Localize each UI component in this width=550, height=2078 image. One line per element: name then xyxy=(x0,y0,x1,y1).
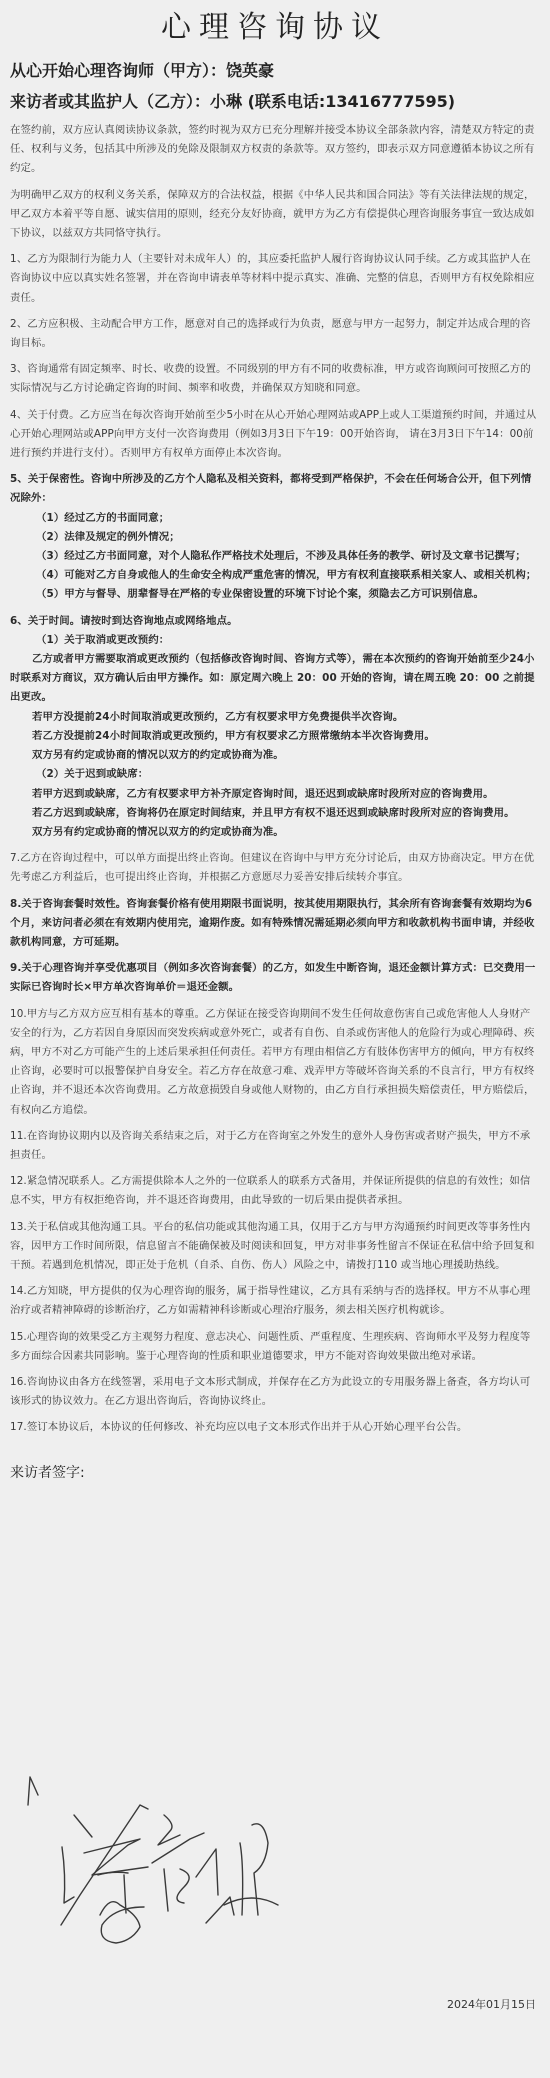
clause-5-item-5: （5）甲方与督导、朋辈督导在严格的专业保密设置的环境下讨论个案，须隐去乙方可识别… xyxy=(10,585,540,604)
clause-10: 10.甲方与乙方双方应互相有基本的尊重。乙方保证在接受咨询期间不发生任何故意伤害… xyxy=(10,1005,540,1120)
clause-6-sub2-line-2: 若乙方迟到或缺席，咨询将仍在原定时间结束，并且甲方有权不退还迟到或缺席时段所对应… xyxy=(10,804,540,823)
clause-1: 1、乙方为限制行为能力人（主要针对未成年人）的，其应委托监护人履行咨询协议认同手… xyxy=(10,250,540,308)
party-b: 来访者或其监护人（乙方）：小琳 (联系电话:13416777595) xyxy=(10,92,540,112)
signing-date: 2024年01月15日 xyxy=(447,1996,536,2012)
clause-6-sub2-line-3: 双方另有约定或协商的情况以双方的约定或协商为准。 xyxy=(10,823,540,842)
clause-6-sub1-title: （1）关于取消或更改预约： xyxy=(10,631,540,650)
clause-15: 15.心理咨询的效果受乙方主观努力程度、意志决心、问题性质、严重程度、生理疾病、… xyxy=(10,1328,540,1366)
document-title: 心理咨询协议 xyxy=(10,0,540,51)
clause-6-sub1-line-3: 若乙方没提前24小时间取消或更改预约，甲方有权要求乙方照常缴纳本半次咨询费用。 xyxy=(10,727,540,746)
clause-4: 4、关于付费。乙方应当在每次咨询开始前至少5小时在从心开始心理网站或APP上或人… xyxy=(10,406,540,464)
clause-5-heading: 5、关于保密性。咨询中所涉及的乙方个人隐私及相关资料，都将受到严格保护，不会在任… xyxy=(10,470,540,508)
clause-6-sub1-line-1: 乙方或者甲方需要取消或更改预约（包括修改咨询时间、咨询方式等），需在本次预约的咨… xyxy=(10,650,540,708)
clause-6-heading: 6、关于时间。请按时到达咨询地点或网络地点。 xyxy=(10,612,540,631)
clause-5-item-1: （1）经过乙方的书面同意； xyxy=(10,509,540,528)
clause-14: 14.乙方知晓，甲方提供的仅为心理咨询的服务，属于指导性建议，乙方具有采纳与否的… xyxy=(10,1282,540,1320)
clause-13: 13.关于私信或其他沟通工具。平台的私信功能或其他沟通工具，仅用于乙方与甲方沟通… xyxy=(10,1218,540,1276)
agreement-document: 心理咨询协议 从心开始心理咨询师（甲方）：饶英豪 来访者或其监护人（乙方）：小琳… xyxy=(0,0,550,1483)
party-a: 从心开始心理咨询师（甲方）：饶英豪 xyxy=(10,61,540,81)
clause-9: 9.关于心理咨询并享受优惠项目（例如多次咨询套餐）的乙方，如发生中断咨询，退还金… xyxy=(10,959,540,997)
clause-6-sub1-line-4: 双方另有约定或协商的情况以双方的约定或协商为准。 xyxy=(10,746,540,765)
visitor-signature-label: 来访者签字: xyxy=(10,1463,540,1483)
clause-8: 8.关于咨询套餐时效性。咨询套餐价格有使用期限书面说明，按其使用期限执行，其余所… xyxy=(10,895,540,953)
clause-5-item-4: （4）可能对乙方自身或他人的生命安全构成严重危害的情况，甲方有权利直接联系相关家… xyxy=(10,566,540,585)
clause-12: 12.紧急情况联系人。乙方需提供除本人之外的一位联系人的联系方式备用，并保证所提… xyxy=(10,1172,540,1210)
clause-5-item-2: （2）法律及规定的例外情况； xyxy=(10,528,540,547)
clause-7: 7.乙方在咨询过程中，可以单方面提出终止咨询。但建议在咨询中与甲方充分讨论后，由… xyxy=(10,849,540,887)
handwritten-signature-icon xyxy=(20,1775,300,1955)
clause-2: 2、乙方应积极、主动配合甲方工作，愿意对自己的选择或行为负责，愿意与甲方一起努力… xyxy=(10,315,540,353)
clause-16: 16.咨询协议由各方在线签署，采用电子文本形式制成，并保存在乙方为此设立的专用服… xyxy=(10,1373,540,1411)
clause-6-sub2-title: （2）关于迟到或缺席： xyxy=(10,765,540,784)
clause-6-sub2-line-1: 若甲方迟到或缺席，乙方有权要求甲方补齐原定咨询时间，退还迟到或缺席时段所对应的咨… xyxy=(10,785,540,804)
intro-paragraph-1: 在签约前，双方应认真阅读协议条款，签约时视为双方已充分理解并接受本协议全部条款内… xyxy=(10,121,540,179)
clause-3: 3、咨询通常有固定频率、时长、收费的设置。不同级别的甲方有不同的收费标准，甲方或… xyxy=(10,360,540,398)
clause-11: 11.在咨询协议期内以及咨询关系结束之后，对于乙方在咨询室之外发生的意外人身伤害… xyxy=(10,1127,540,1165)
clause-5-item-3: （3）经过乙方书面同意，对个人隐私作严格技术处理后，不涉及具体任务的教学、研讨及… xyxy=(10,547,540,566)
clause-17: 17.签订本协议后，本协议的任何修改、补充均应以电子文本形式作出并于从心开始心理… xyxy=(10,1418,540,1437)
clause-6-sub1-line-2: 若甲方没提前24小时间取消或更改预约，乙方有权要求甲方免费提供半次咨询。 xyxy=(10,708,540,727)
intro-paragraph-2: 为明确甲乙双方的权利义务关系，保障双方的合法权益，根据《中华人民共和国合同法》等… xyxy=(10,186,540,244)
